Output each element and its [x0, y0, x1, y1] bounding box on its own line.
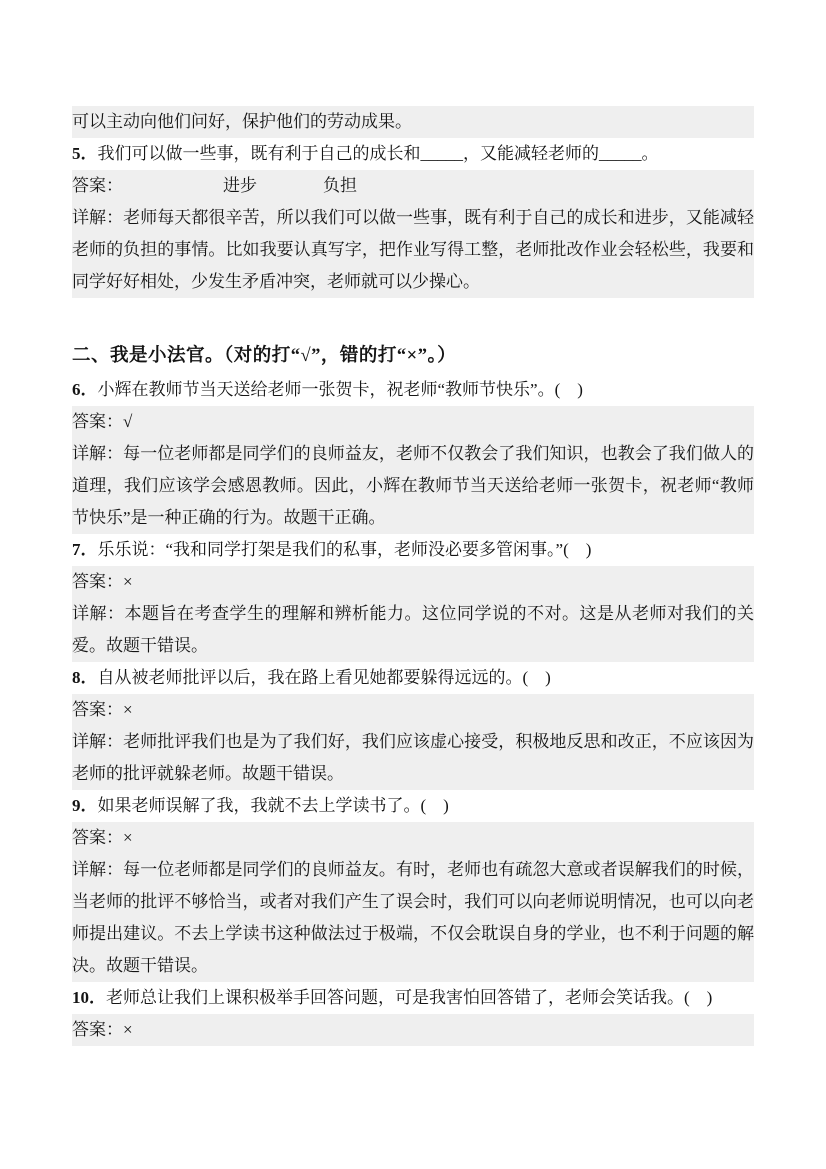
question-5: 5．我们可以做一些事，既有利于自己的成长和_____，又能减轻老师的_____。: [72, 138, 754, 170]
q6-answer-block: 答案：√ 详解：每一位老师都是同学们的良师益友，老师不仅教会了我们知识，也教会了…: [72, 406, 754, 534]
q5-answer-value-2: 负担: [323, 176, 357, 195]
question-10-number: 10．: [72, 988, 106, 1007]
q7-answer-label: 答案：: [72, 572, 123, 591]
worksheet-page: 可以主动向他们问好，保护他们的劳动成果。 5．我们可以做一些事，既有利于自己的成…: [0, 0, 826, 1046]
question-10-text: 老师总让我们上课积极举手回答问题，可是我害怕回答错了，老师会笑话我。( ): [106, 988, 712, 1007]
q8-answer-value: ×: [123, 700, 133, 719]
q6-explanation: 详解：每一位老师都是同学们的良师益友，老师不仅教会了我们知识，也教会了我们做人的…: [72, 438, 754, 534]
document-page: { "page": { "highlight_color": "#efefef"…: [0, 0, 826, 1169]
q6-answer-line: 答案：√: [72, 406, 754, 438]
q6-detail-text: 每一位老师都是同学们的良师益友，老师不仅教会了我们知识，也教会了我们做人的道理，…: [72, 444, 754, 527]
q5-detail-label: 详解：: [72, 208, 123, 227]
q9-detail-label: 详解：: [72, 860, 123, 879]
q10-answer-value: ×: [123, 1020, 133, 1039]
q7-detail-label: 详解：: [72, 604, 125, 623]
question-9: 9．如果老师误解了我，我就不去上学读书了。( ): [72, 790, 754, 822]
q7-explanation: 详解：本题旨在考查学生的理解和辨析能力。这位同学说的不对。这是从老师对我们的关爱…: [72, 598, 754, 662]
carryover-text: 可以主动向他们问好，保护他们的劳动成果。: [72, 106, 754, 138]
question-6: 6．小辉在教师节当天送给老师一张贺卡，祝老师“教师节快乐”。( ): [72, 374, 754, 406]
q8-explanation: 详解：老师批评我们也是为了我们好，我们应该虚心接受，积极地反思和改正，不应该因为…: [72, 726, 754, 790]
q10-answer-block: 答案：×: [72, 1014, 754, 1046]
q6-answer-label: 答案：: [72, 412, 123, 431]
q9-answer-value: ×: [123, 828, 133, 847]
q6-detail-label: 详解：: [72, 444, 123, 463]
q9-answer-line: 答案：×: [72, 822, 754, 854]
section-heading: 二、我是小法官。（对的打“√”，错的打“×”。）: [72, 338, 754, 374]
question-7: 7．乐乐说：“我和同学打架是我们的私事，老师没必要多管闲事。”( ): [72, 534, 754, 566]
q7-detail-text: 本题旨在考查学生的理解和辨析能力。这位同学说的不对。这是从老师对我们的关爱。故题…: [72, 604, 754, 655]
q7-answer-value: ×: [123, 572, 133, 591]
question-6-text: 小辉在教师节当天送给老师一张贺卡，祝老师“教师节快乐”。( ): [98, 380, 583, 399]
question-7-text: 乐乐说：“我和同学打架是我们的私事，老师没必要多管闲事。”( ): [98, 540, 592, 559]
question-5-text: 我们可以做一些事，既有利于自己的成长和_____，又能减轻老师的_____。: [98, 144, 659, 163]
question-8-number: 8．: [72, 668, 98, 687]
question-5-number: 5．: [72, 144, 98, 163]
q8-answer-block: 答案：× 详解：老师批评我们也是为了我们好，我们应该虚心接受，积极地反思和改正，…: [72, 694, 754, 790]
q7-answer-block: 答案：× 详解：本题旨在考查学生的理解和辨析能力。这位同学说的不对。这是从老师对…: [72, 566, 754, 662]
question-6-number: 6．: [72, 380, 98, 399]
question-9-number: 9．: [72, 796, 98, 815]
q9-answer-label: 答案：: [72, 828, 123, 847]
q8-detail-text: 老师批评我们也是为了我们好，我们应该虚心接受，积极地反思和改正，不应该因为老师的…: [72, 732, 754, 783]
q8-detail-label: 详解：: [72, 732, 123, 751]
question-9-text: 如果老师误解了我，我就不去上学读书了。( ): [98, 796, 449, 815]
q5-answer-value-1: 进步: [223, 176, 257, 195]
q5-detail-text: 老师每天都很辛苦，所以我们可以做一些事，既有利于自己的成长和进步，又能减轻老师的…: [72, 208, 754, 291]
q5-answer-block: 答案：进步负担 详解：老师每天都很辛苦，所以我们可以做一些事，既有利于自己的成长…: [72, 170, 754, 298]
q7-answer-line: 答案：×: [72, 566, 754, 598]
q6-answer-value: √: [123, 412, 132, 431]
q10-answer-line: 答案：×: [72, 1014, 754, 1046]
q9-answer-block: 答案：× 详解：每一位老师都是同学们的良师益友。有时，老师也有疏忽大意或者误解我…: [72, 822, 754, 982]
q5-explanation: 详解：老师每天都很辛苦，所以我们可以做一些事，既有利于自己的成长和进步，又能减轻…: [72, 202, 754, 298]
question-10: 10．老师总让我们上课积极举手回答问题，可是我害怕回答错了，老师会笑话我。( ): [72, 982, 754, 1014]
q5-answer-label: 答案：: [72, 176, 123, 195]
question-8-text: 自从被老师批评以后，我在路上看见她都要躲得远远的。( ): [98, 668, 551, 687]
q8-answer-line: 答案：×: [72, 694, 754, 726]
q10-answer-label: 答案：: [72, 1020, 123, 1039]
question-7-number: 7．: [72, 540, 98, 559]
q5-answer-line: 答案：进步负担: [72, 170, 754, 202]
q9-detail-text: 每一位老师都是同学们的良师益友。有时，老师也有疏忽大意或者误解我们的时候，当老师…: [72, 860, 754, 975]
q9-explanation: 详解：每一位老师都是同学们的良师益友。有时，老师也有疏忽大意或者误解我们的时候，…: [72, 854, 754, 982]
q8-answer-label: 答案：: [72, 700, 123, 719]
question-8: 8．自从被老师批评以后，我在路上看见她都要躲得远远的。( ): [72, 662, 754, 694]
